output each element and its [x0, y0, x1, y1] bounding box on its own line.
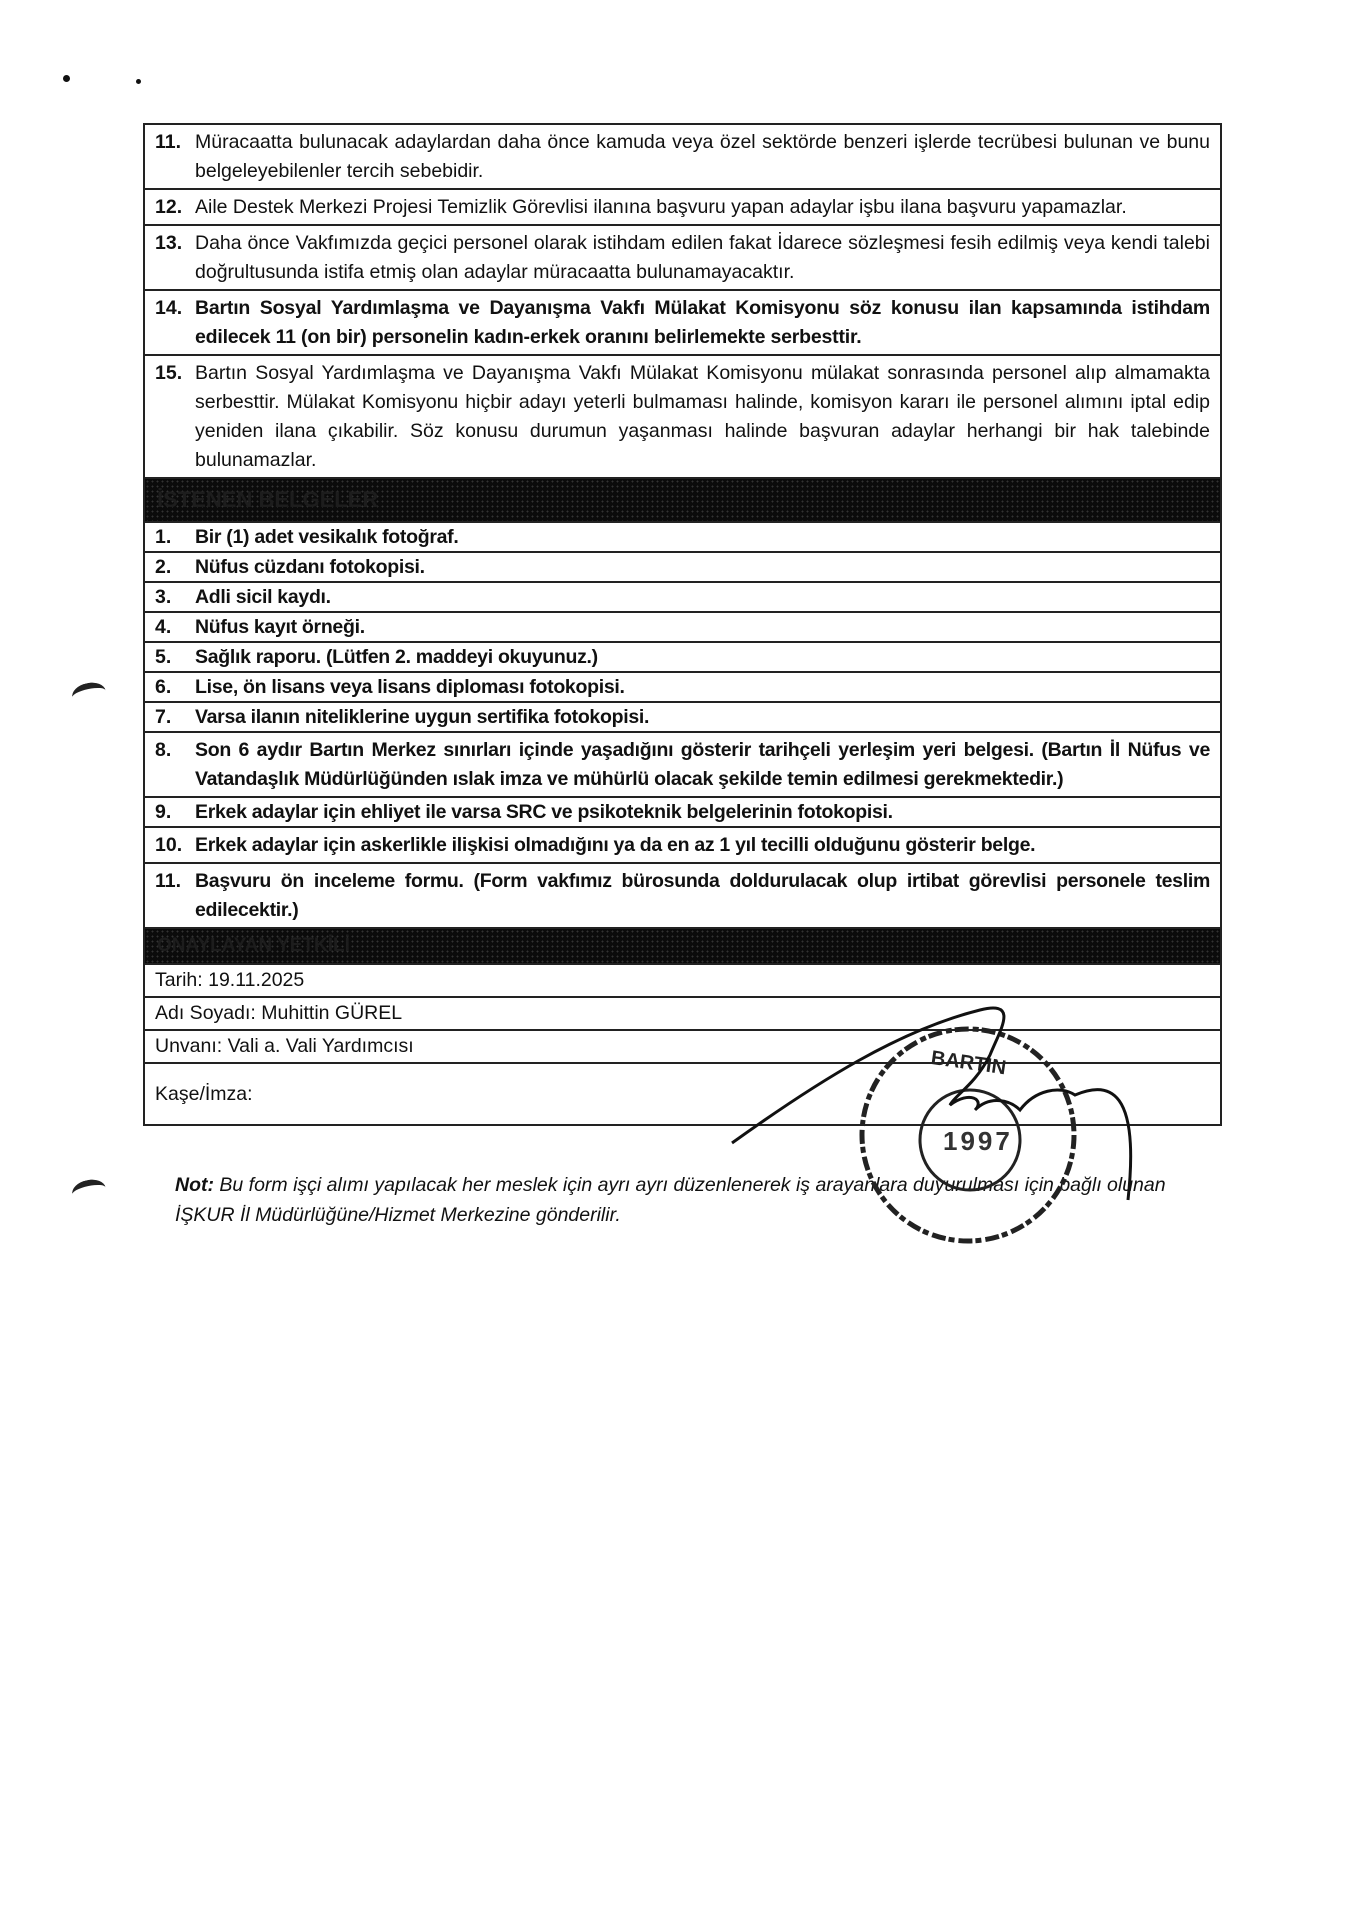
svg-text:1997: 1997: [943, 1126, 1013, 1156]
signature-stamp-graphic: BARTIN 1997: [0, 0, 1360, 1920]
official-stamp-icon: BARTIN 1997: [862, 1029, 1074, 1241]
svg-text:BARTIN: BARTIN: [930, 1047, 1008, 1079]
